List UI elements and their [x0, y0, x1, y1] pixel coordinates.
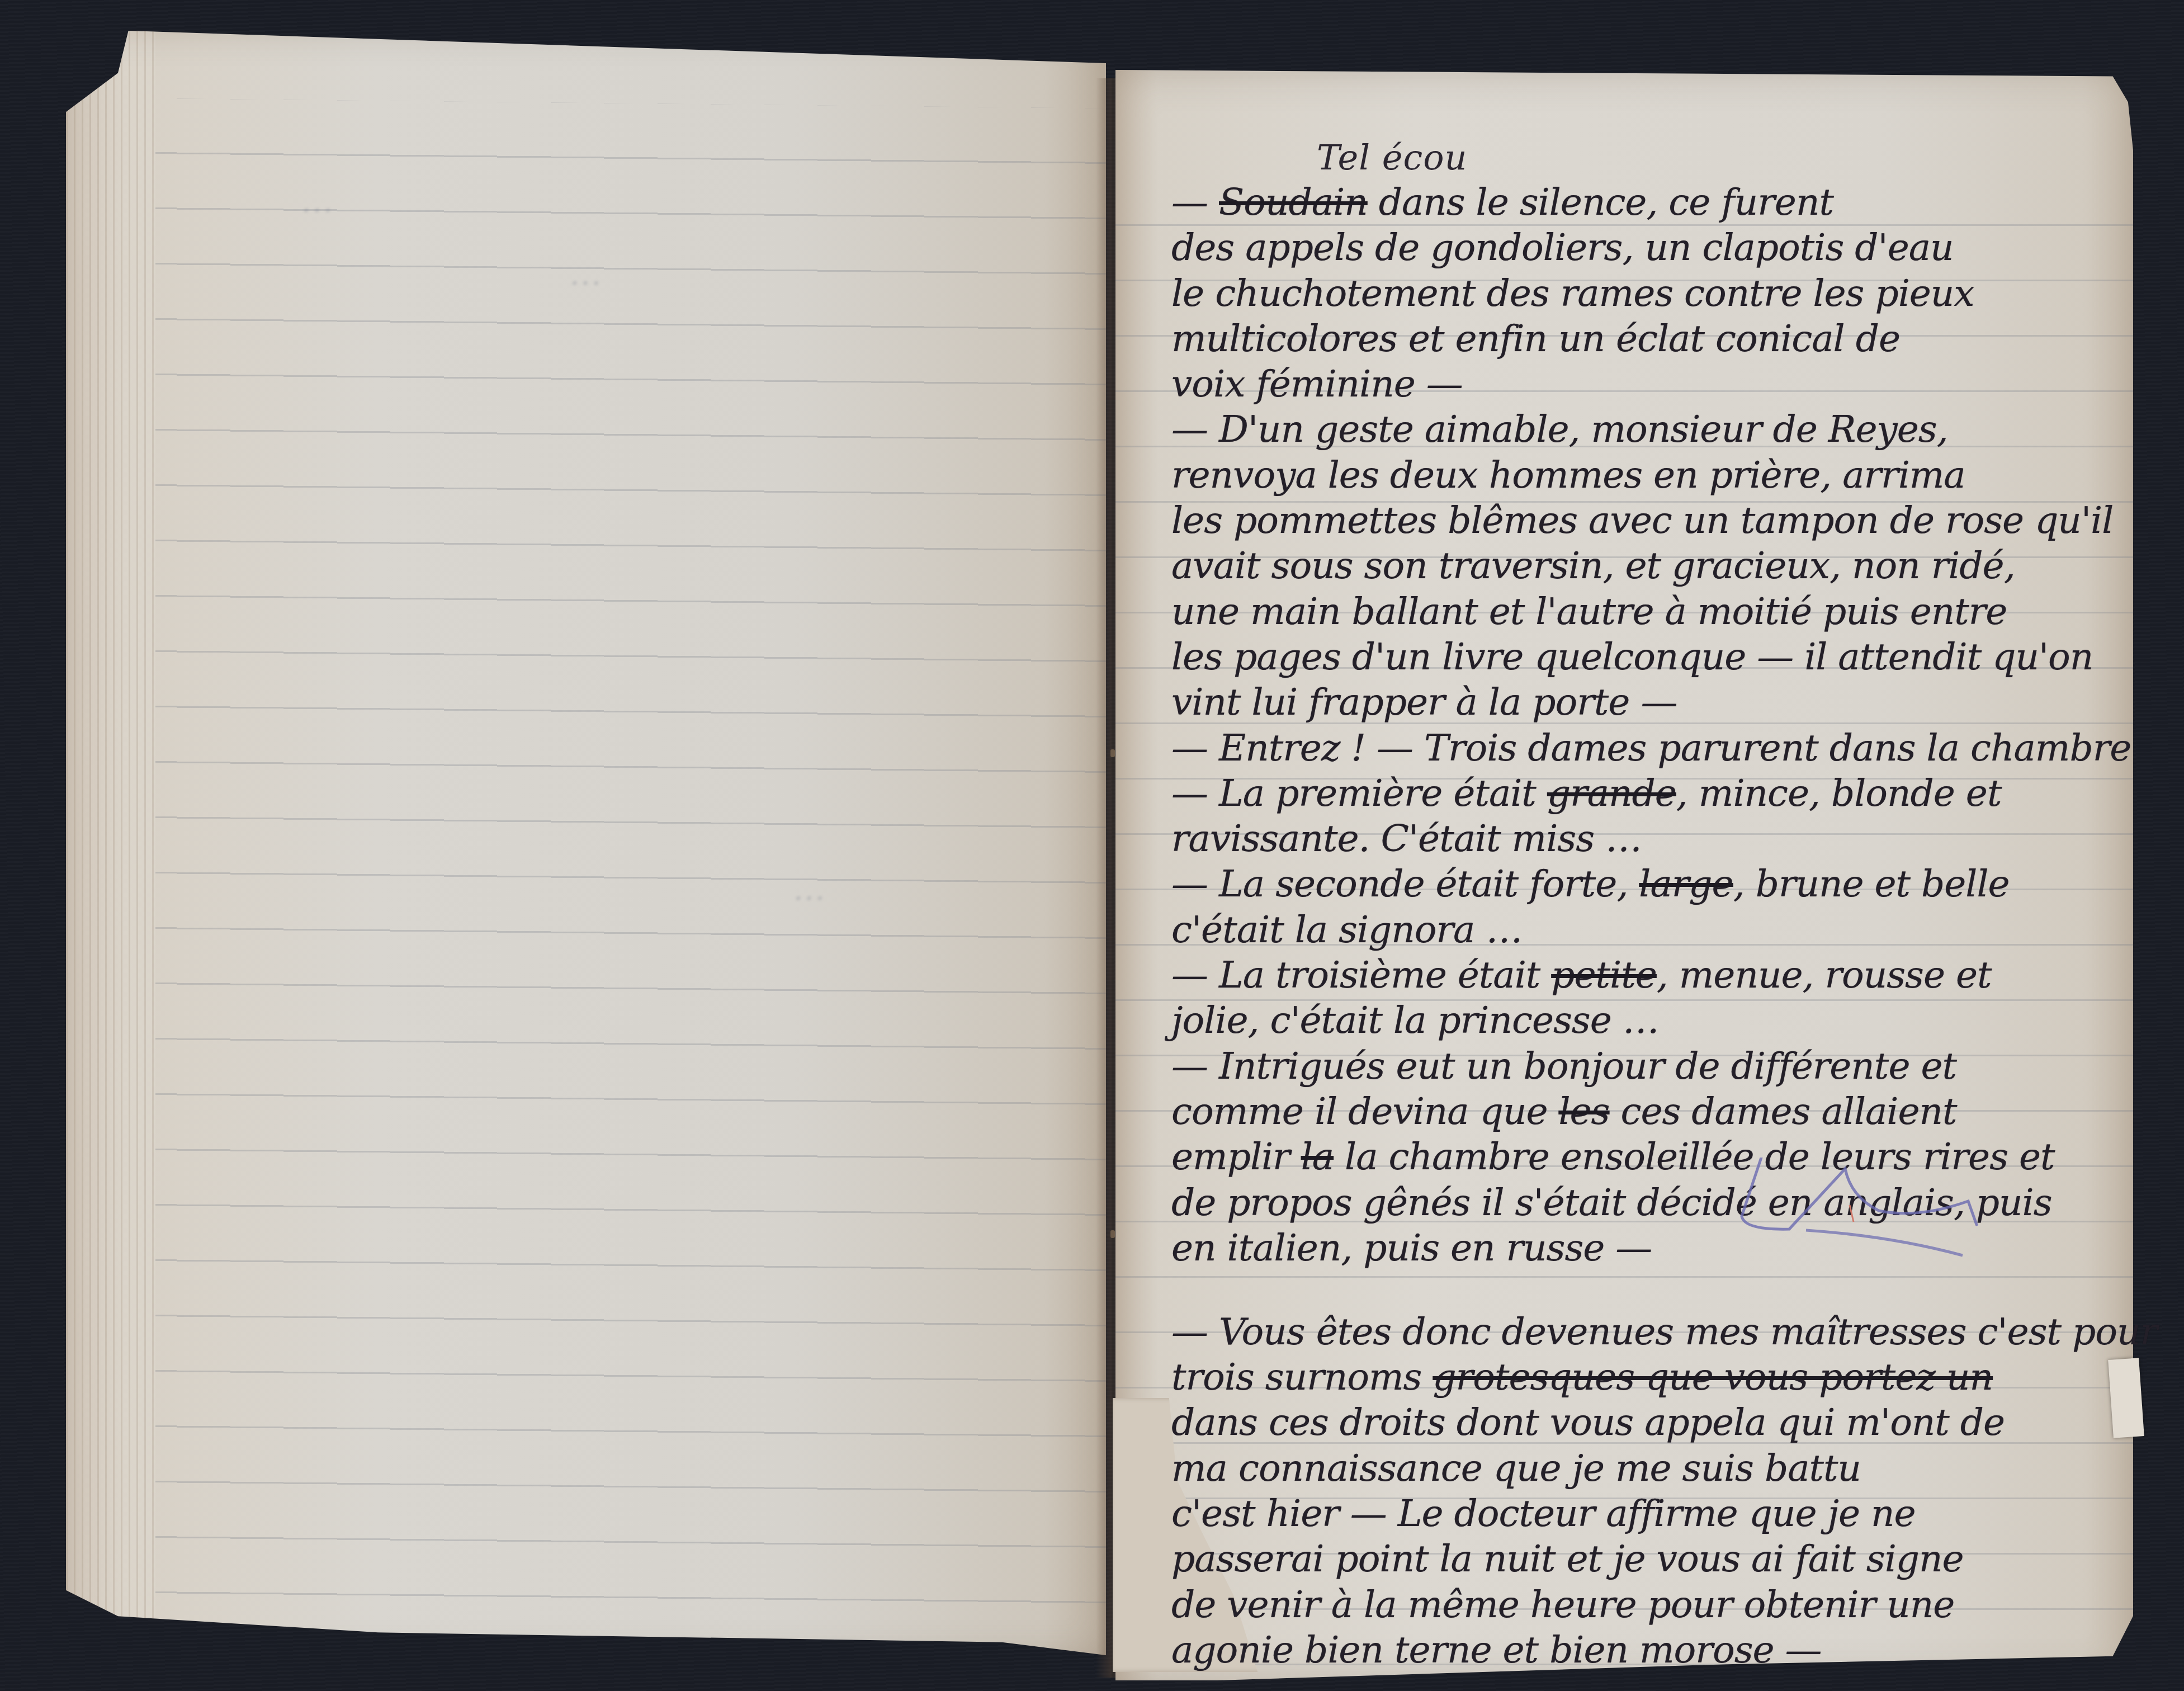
handwritten-line: — La troisième était petite, menue, rous…: [1171, 953, 2122, 999]
handwritten-line: les pommettes blêmes avec un tampon de r…: [1171, 499, 2122, 544]
pencil-doodle-icon: [1722, 1158, 2013, 1269]
handwritten-line: voix féminine —: [1171, 362, 2122, 408]
handwritten-line: c'est hier — Le docteur affirme que je n…: [1171, 1492, 2122, 1537]
struck-word: grande: [1547, 772, 1676, 815]
handwritten-line: ma connaissance que je me suis battu: [1171, 1447, 2122, 1492]
handwritten-line: — La seconde était forte, large, brune e…: [1171, 862, 2122, 908]
handwritten-line: ravissante. C'était miss …: [1171, 817, 2122, 862]
handwritten-line: trois surnoms grotesques que vous portez…: [1171, 1355, 2122, 1401]
handwritten-line: dans ces droits dont vous appela qui m'o…: [1171, 1401, 2122, 1446]
handwritten-lines: — Soudain dans le silence, ce furentdes …: [1171, 181, 2122, 1674]
struck-word: Soudain: [1219, 181, 1368, 224]
handwritten-line: jolie, c'était la princesse …: [1171, 999, 2122, 1044]
handwritten-line: agonie bien terne et bien morose —: [1171, 1628, 2122, 1674]
show-through-mark: …: [793, 870, 825, 908]
line-text: dans le silence, ce furent: [1368, 181, 1833, 224]
handwritten-line: — D'un geste aimable, monsieur de Reyes,: [1171, 408, 2122, 453]
binding-stitch: [1110, 1230, 1115, 1238]
handwritten-line: vint lui frapper à la porte —: [1171, 681, 2122, 726]
handwritten-line: le chuchotement des rames contre les pie…: [1171, 272, 2122, 317]
handwritten-line: comme il devina que les ces dames allaie…: [1171, 1090, 2122, 1135]
page-edges-stack: [66, 31, 155, 1655]
struck-word: la: [1301, 1135, 1334, 1178]
line-text: ces dames allaient: [1609, 1090, 1956, 1133]
page-heading: Tel écou: [1317, 137, 2122, 181]
handwritten-line: — Vous êtes donc devenues mes maîtresses…: [1171, 1310, 2122, 1355]
handwritten-line: c'était la signora …: [1171, 908, 2122, 953]
handwritten-line: passerai point la nuit et je vous ai fai…: [1171, 1537, 2122, 1583]
line-text: — La seconde était forte,: [1171, 862, 1639, 905]
struck-word: grotesques que vous portez un: [1433, 1355, 1993, 1399]
line-text: comme il devina que: [1171, 1090, 1558, 1133]
handwritten-line: — La première était grande, mince, blond…: [1171, 772, 2122, 817]
handwritten-line: multicolores et enfin un éclat conical d…: [1171, 317, 2122, 362]
line-text: trois surnoms: [1171, 1355, 1433, 1399]
line-text: — La troisième était: [1171, 953, 1551, 996]
notebook: … … … Tel écou — Soudain dans le silence…: [0, 0, 2184, 1691]
line-text: , brune et belle: [1733, 862, 2010, 905]
struck-word: large: [1639, 862, 1733, 905]
show-through-mark: …: [301, 182, 333, 220]
handwritten-line: de venir à la même heure pour obtenir un…: [1171, 1583, 2122, 1628]
line-text: emplir: [1171, 1135, 1301, 1178]
line-text: , mince, blonde et: [1676, 772, 2002, 815]
handwritten-line: des appels de gondoliers, un clapotis d'…: [1171, 226, 2122, 271]
handwritten-line: renvoya les deux hommes en prière, arrim…: [1171, 454, 2122, 499]
handwritten-line: les pages d'un livre quelconque — il att…: [1171, 635, 2122, 681]
handwritten-line: une main ballant et l'autre à moitié pui…: [1171, 590, 2122, 635]
manuscript-text: Tel écou — Soudain dans le silence, ce f…: [1171, 137, 2122, 1674]
handwritten-line: — Intrigués eut un bonjour de différente…: [1171, 1045, 2122, 1090]
handwritten-line: — Soudain dans le silence, ce furent: [1171, 181, 2122, 226]
binding-stitch: [1110, 749, 1115, 757]
line-text: — La première était: [1171, 772, 1547, 815]
handwritten-line: — Entrez ! — Trois dames parurent dans l…: [1171, 726, 2122, 772]
line-text: —: [1171, 181, 1219, 224]
line-text: — Vous êtes donc devenues mes: [1171, 1310, 1770, 1353]
show-through-mark: …: [569, 254, 602, 292]
ruled-lines: [155, 98, 1106, 1660]
line-text: , menue, rousse et: [1657, 953, 1992, 996]
line-text: maîtresses c'est pour: [1770, 1310, 2157, 1353]
handwritten-line: avait sous son traversin, et gracieux, n…: [1171, 544, 2122, 589]
struck-word: les: [1558, 1090, 1609, 1133]
left-page: … … …: [66, 31, 1106, 1655]
struck-word: petite: [1551, 953, 1657, 996]
